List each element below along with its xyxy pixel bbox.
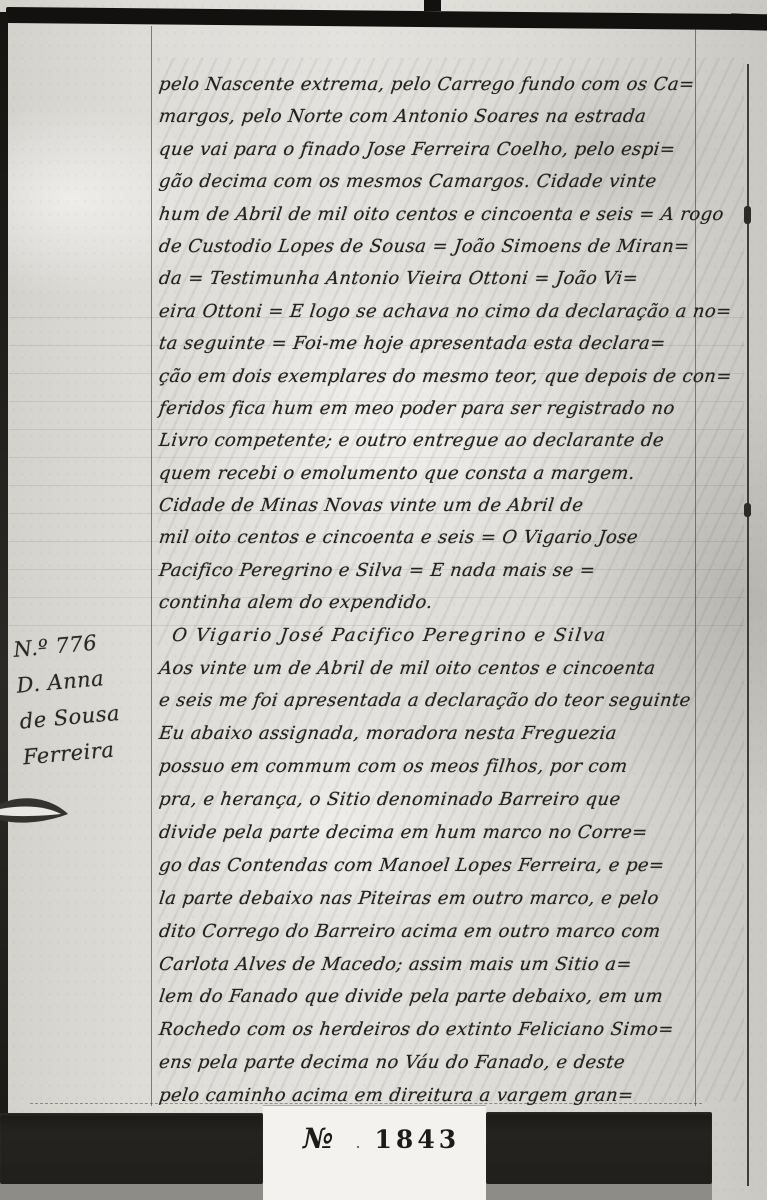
manuscript-line: Eu abaixo assignada, moradora nesta Freg… [157,718,723,751]
numero-sign: № [303,1122,333,1155]
manuscript-line: continha alem do expendido. [157,587,723,619]
manuscript-line: ens pela parte decima no Váu do Fanado, … [157,1047,723,1080]
scan-dark-block-left [0,1113,263,1184]
number-label: № . 1843 [263,1106,486,1155]
scan-top-notch [424,0,441,11]
manuscript-line: Carlota Alves de Macedo; assim mais um S… [157,949,723,982]
manuscript-line: gão decima com os mesmos Camargos. Cidad… [157,166,723,198]
manuscript-line: da = Testimunha Antonio Vieira Ottoni = … [157,263,723,295]
manuscript-line: lem do Fanado que divide pela parte deba… [157,981,723,1014]
number-label-strip: № . 1843 [263,1106,486,1200]
manuscript-line: Livro competente; e outro entregue ao de… [157,425,723,457]
manuscript-line: possuo em commum com os meos filhos, por… [157,751,723,784]
manuscript-line: e seis me foi apresentada a declaração d… [157,685,723,718]
fastener-clip-shape [0,788,72,840]
manuscript-line: Cidade de Minas Novas vinte um de Abril … [157,490,723,522]
manuscript-line: feridos fica hum em meo poder para ser r… [157,393,723,425]
manuscript-line: hum de Abril de mil oito centos e cincoe… [157,199,723,231]
manuscript-line: ção em dois exemplares do mesmo teor, qu… [157,361,723,393]
manuscript-line: O Vigario José Pacifico Peregrino e Silv… [157,620,723,653]
manuscript-line: margos, pelo Norte com Antonio Soares na… [157,101,723,133]
manuscript-line: divide pela parte decima em hum marco no… [157,817,723,850]
fastener-clip [0,788,72,840]
scan-left-edge-band [0,12,8,1114]
manuscript-line: pra, e herança, o Sitio denominado Barre… [157,784,723,817]
page-binding-rule [747,64,749,1186]
margin-annotation: N.º 776D. Annade SousaFerreira [12,621,154,776]
ink-blot [744,503,751,517]
manuscript-line: Pacifico Peregrino e Silva = E nada mais… [157,555,723,587]
label-separator-dot: . [355,1133,360,1152]
manuscript-line: de Custodio Lopes de Sousa = João Simoen… [157,231,723,263]
manuscript-line: go das Contendas com Manoel Lopes Ferrei… [157,850,723,883]
manuscript-line: dito Corrego do Barreiro acima em outro … [157,916,723,949]
scanned-register-page: N.º 776D. Annade SousaFerreira pelo Nasc… [0,0,767,1200]
manuscript-line: eira Ottoni = E logo se achava no cimo d… [157,296,723,328]
manuscript-line: Rochedo com os herdeiros do extinto Feli… [157,1014,723,1047]
left-margin-rule [151,26,152,1106]
manuscript-line: que vai para o finado Jose Ferreira Coel… [157,134,723,166]
scan-top-edge-blob [729,13,767,30]
manuscript-line: pelo Nascente extrema, pelo Carrego fund… [157,69,723,101]
scan-top-edge-band [6,7,767,30]
manuscript-text: pelo Nascente extrema, pelo Carrego fund… [157,69,719,1113]
scan-dark-block-right [486,1112,712,1184]
manuscript-line: mil oito centos e cincoenta e seis = O V… [157,522,723,554]
manuscript-line: la parte debaixo nas Piteiras em outro m… [157,883,723,916]
label-number: 1843 [375,1125,461,1154]
manuscript-line: quem recebi o emolumento que consta a ma… [157,458,723,490]
manuscript-line: Aos vinte um de Abril de mil oito centos… [157,653,723,686]
ink-blot [744,206,751,224]
manuscript-line: ta seguinte = Foi-me hoje apresentada es… [157,328,723,360]
